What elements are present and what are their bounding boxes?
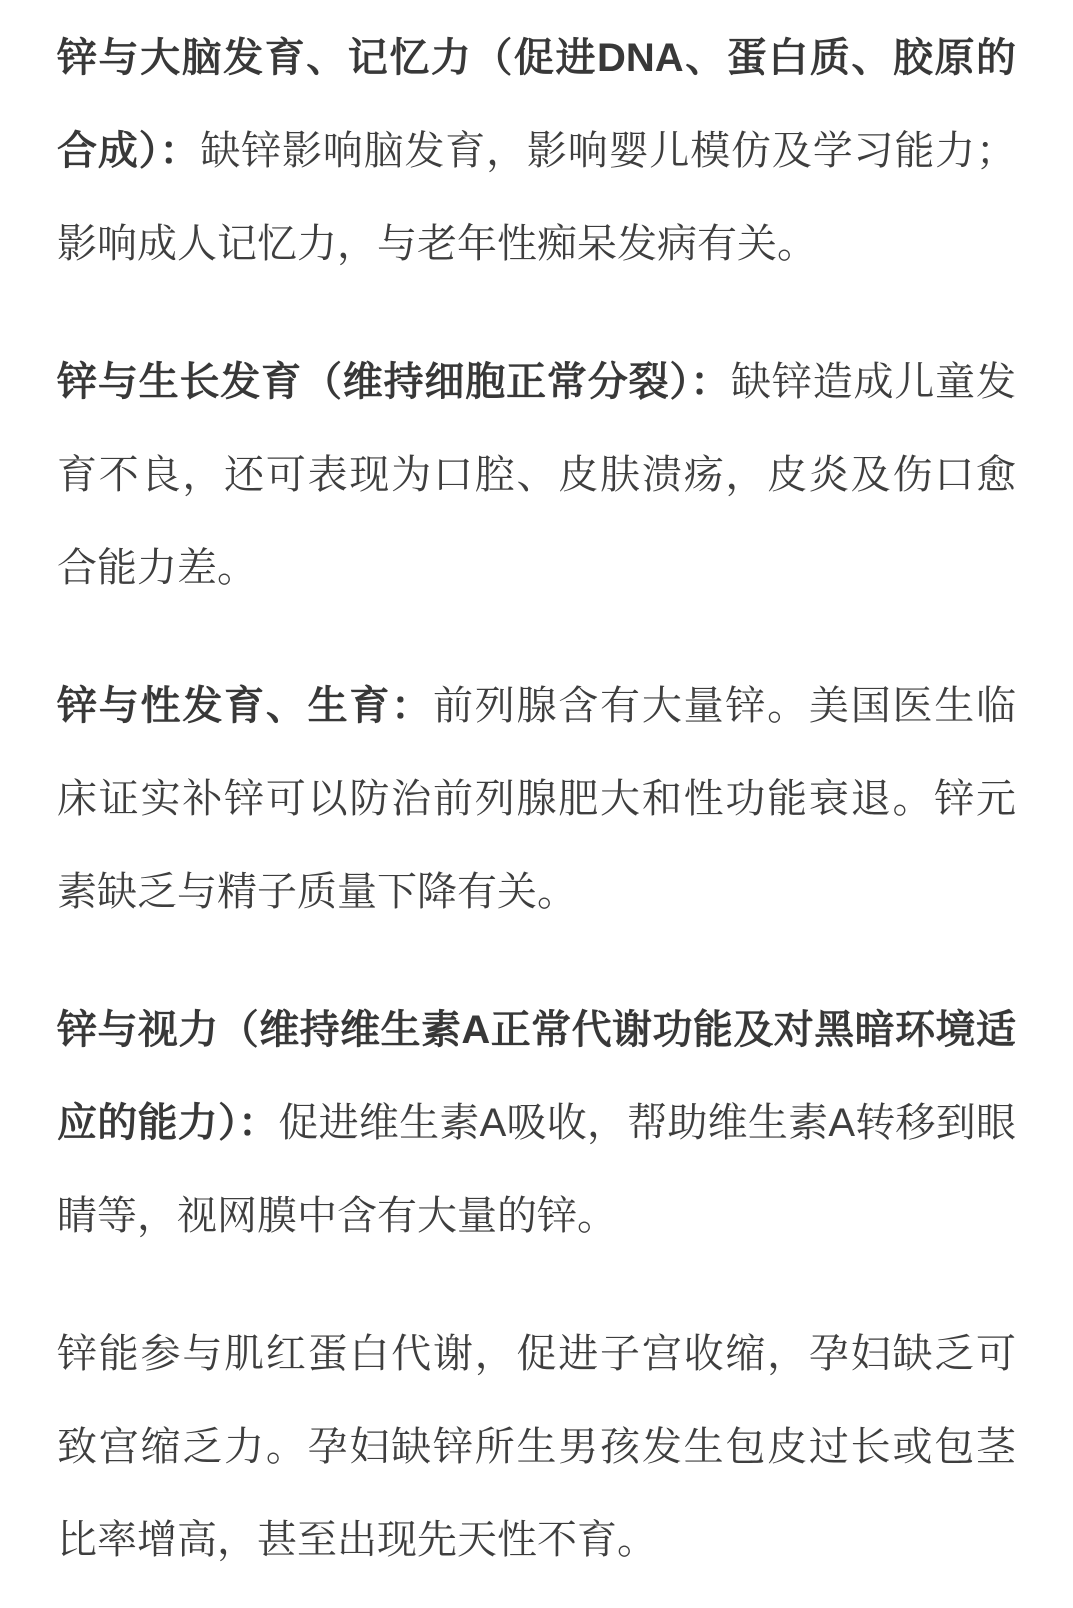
paragraph-vision: 锌与视力（维持维生素A正常代谢功能及对黑暗环境适应的能力）：促进维生素A吸收，帮… xyxy=(57,984,1016,1263)
paragraph-heading: 锌与生长发育（维持细胞正常分裂）： xyxy=(57,360,731,404)
paragraph-growth: 锌与生长发育（维持细胞正常分裂）：缺锌造成儿童发育不良，还可表现为口腔、皮肤溃疡… xyxy=(57,336,1016,615)
paragraph-body: 缺锌影响脑发育，影响婴儿模仿及学习能力；影响成人记忆力，与老年性痴呆发病有关。 xyxy=(57,129,1016,266)
paragraph-heading: 锌与性发育、生育： xyxy=(57,684,433,728)
paragraph-pregnancy: 锌能参与肌红蛋白代谢，促进子宫收缩，孕妇缺乏可致宫缩乏力。孕妇缺锌所生男孩发生包… xyxy=(57,1308,1016,1587)
article-page: 锌与大脑发育、记忆力（促进DNA、蛋白质、胶原的合成）：缺锌影响脑发育，影响婴儿… xyxy=(0,0,1073,1608)
paragraph-body: 锌能参与肌红蛋白代谢，促进子宫收缩，孕妇缺乏可致宫缩乏力。孕妇缺锌所生男孩发生包… xyxy=(57,1332,1016,1562)
paragraph-brain-memory: 锌与大脑发育、记忆力（促进DNA、蛋白质、胶原的合成）：缺锌影响脑发育，影响婴儿… xyxy=(57,12,1016,291)
paragraph-sexual-development: 锌与性发育、生育：前列腺含有大量锌。美国医生临床证实补锌可以防治前列腺肥大和性功… xyxy=(57,660,1016,939)
